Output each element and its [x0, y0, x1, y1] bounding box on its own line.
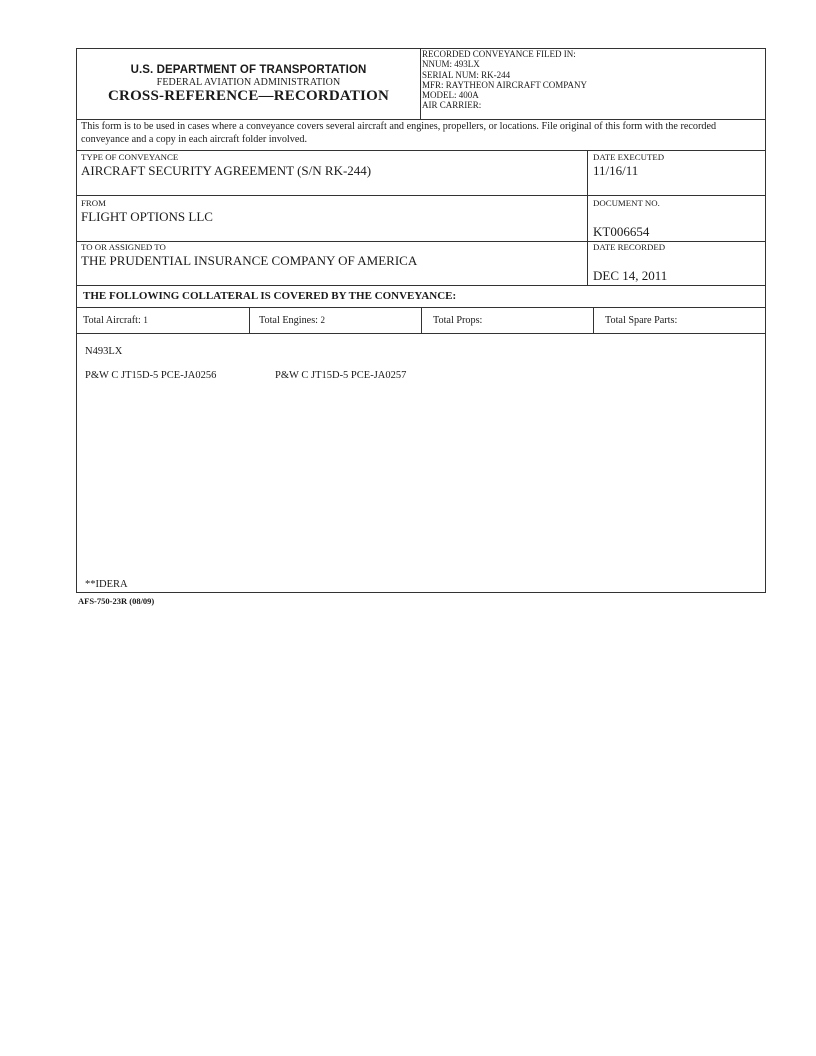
document-no-label: DOCUMENT NO.	[593, 199, 660, 208]
form-header: U.S. DEPARTMENT OF TRANSPORTATION FEDERA…	[77, 49, 420, 117]
total-engines-label: Total Engines:	[259, 315, 318, 326]
total-aircraft-value: 1	[143, 315, 148, 325]
form-number: AFS-750-23R (08/09)	[78, 596, 154, 606]
type-of-conveyance-label: TYPE OF CONVEYANCE	[81, 153, 178, 162]
from-label: FROM	[81, 199, 106, 208]
department-name: U.S. DEPARTMENT OF TRANSPORTATION	[77, 64, 420, 76]
instructions-text: This form is to be used in cases where a…	[81, 121, 765, 146]
divider	[77, 333, 765, 334]
divider	[421, 307, 422, 333]
total-aircraft-label: Total Aircraft:	[83, 315, 141, 326]
aircraft-item: N493LX	[85, 346, 122, 357]
form-title: CROSS-REFERENCE—RECORDATION	[77, 88, 420, 105]
date-executed-value: 11/16/11	[593, 164, 638, 178]
from-value: FLIGHT OPTIONS LLC	[81, 210, 213, 224]
date-executed-label: DATE EXECUTED	[593, 153, 664, 162]
divider	[587, 150, 588, 285]
engine-item: P&W C JT15D-5 PCE-JA0257	[275, 370, 406, 381]
to-or-assigned-value: THE PRUDENTIAL INSURANCE COMPANY OF AMER…	[81, 254, 417, 268]
agency-name: FEDERAL AVIATION ADMINISTRATION	[77, 77, 420, 88]
collateral-title: THE FOLLOWING COLLATERAL IS COVERED BY T…	[83, 290, 456, 302]
to-or-assigned-label: TO OR ASSIGNED TO	[81, 243, 166, 252]
engine-item: P&W C JT15D-5 PCE-JA0256	[85, 370, 216, 381]
document-no-value: KT006654	[593, 225, 649, 239]
manufacturer: MFR: RAYTHEON AIRCRAFT COMPANY	[422, 80, 762, 90]
divider	[420, 49, 421, 119]
model: MODEL: 400A	[422, 90, 762, 100]
divider	[77, 195, 765, 196]
nnum: NNUM: 493LX	[422, 59, 762, 69]
idera-note: **IDERA	[85, 579, 128, 590]
divider	[77, 285, 765, 286]
divider	[249, 307, 250, 333]
total-engines-value: 2	[321, 315, 326, 325]
divider	[77, 150, 765, 151]
total-props-label: Total Props:	[433, 315, 482, 326]
total-props: Total Props:	[433, 315, 482, 326]
air-carrier: AIR CARRIER:	[422, 100, 762, 110]
date-recorded-value: DEC 14, 2011	[593, 269, 667, 283]
total-aircraft: Total Aircraft: 1	[83, 315, 148, 326]
filed-in-block: RECORDED CONVEYANCE FILED IN: NNUM: 493L…	[422, 49, 762, 119]
total-spare-parts: Total Spare Parts:	[605, 315, 677, 326]
filed-in-heading: RECORDED CONVEYANCE FILED IN:	[422, 49, 762, 59]
divider	[77, 119, 765, 120]
total-spare-parts-label: Total Spare Parts:	[605, 315, 677, 326]
date-recorded-label: DATE RECORDED	[593, 243, 665, 252]
type-of-conveyance-value: AIRCRAFT SECURITY AGREEMENT (S/N RK-244)	[81, 164, 371, 178]
divider	[593, 307, 594, 333]
total-engines: Total Engines: 2	[259, 315, 325, 326]
cross-reference-recordation-form: U.S. DEPARTMENT OF TRANSPORTATION FEDERA…	[76, 48, 766, 593]
serial-num: SERIAL NUM: RK-244	[422, 70, 762, 80]
